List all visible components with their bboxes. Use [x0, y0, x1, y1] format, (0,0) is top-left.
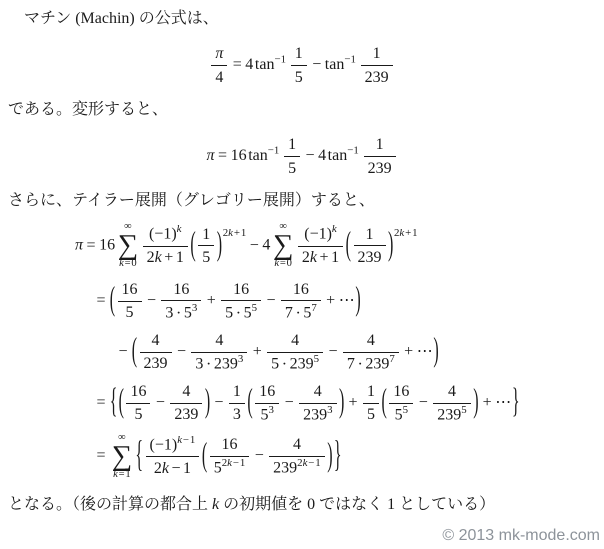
fraction: 42393: [299, 382, 336, 425]
superscript: k: [177, 223, 182, 235]
fraction: (−1)k−12k−1: [146, 435, 200, 478]
sigma-icon: ∑: [112, 443, 133, 469]
fraction: 165: [126, 382, 150, 425]
fraction: 1239: [364, 135, 396, 178]
document: マチン (Machin) の公式は、 π4=4tan−115−tan−11239…: [0, 0, 604, 517]
conclusion-text-pre: となる。（後の計算の都合上: [8, 496, 212, 513]
superscript: 2k+1: [394, 227, 418, 239]
delimiter: }: [334, 436, 342, 477]
formula-pi-transformed: π=16tan−115−4tan−11239: [207, 147, 398, 164]
superscript: 5: [314, 353, 319, 365]
fraction: 42395: [433, 382, 470, 425]
delimiter: ): [355, 282, 360, 320]
fraction: 42392k−1: [269, 435, 325, 478]
fraction: 167·57: [281, 280, 321, 323]
delimiter: ): [388, 227, 393, 265]
fraction: 43·2393: [191, 331, 247, 374]
delimiter: (: [132, 333, 137, 371]
delimiter: {: [110, 384, 118, 424]
sigma-icon: ∑: [118, 232, 139, 258]
formula-derivation-line-3: −(4239−43·2393+45·2395−47·2397+⋯): [115, 331, 604, 374]
superscript: −1: [347, 145, 359, 157]
paragraph-conclusion: となる。（後の計算の都合上 k の初期値を 0 ではなく 1 としている）: [8, 494, 604, 516]
delimiter: (: [346, 227, 351, 265]
delimiter: ): [205, 384, 210, 422]
paragraph-transform: である。変形すると、: [8, 99, 604, 121]
superscript: 2k−1: [222, 457, 246, 469]
sum-operator: ∞∑k=0: [273, 222, 294, 269]
delimiter: (: [119, 384, 124, 422]
delimiter: (: [110, 282, 115, 320]
superscript: −1: [344, 54, 356, 66]
delimiter: {: [135, 436, 143, 477]
fraction: 1652k−1: [210, 435, 250, 478]
superscript: −1: [274, 54, 286, 66]
delimiter: (: [190, 227, 195, 265]
paragraph-taylor: さらに、テイラー展開（グレゴリー展開）すると、: [8, 190, 604, 212]
superscript: 3: [238, 353, 243, 365]
superscript: k−1: [177, 434, 195, 446]
fraction: π4: [211, 44, 227, 87]
fraction: 13: [229, 382, 245, 425]
superscript: 5: [252, 302, 257, 314]
fraction: 1653: [255, 382, 279, 425]
superscript: 7: [311, 302, 316, 314]
superscript: k: [332, 223, 337, 235]
fraction: 1239: [354, 225, 386, 268]
fraction: 47·2397: [343, 331, 399, 374]
delimiter: ): [339, 384, 344, 422]
superscript: 3: [192, 302, 197, 314]
superscript: −1: [268, 145, 280, 157]
delimiter: ): [217, 227, 222, 265]
delimiter: (: [247, 384, 252, 422]
fraction: 45·2395: [267, 331, 323, 374]
fraction: 15: [291, 44, 307, 87]
superscript: 5: [403, 404, 408, 416]
fraction: 4239: [140, 331, 172, 374]
fraction: 165·55: [221, 280, 261, 323]
fraction: 4239: [170, 382, 202, 425]
delimiter: ): [327, 438, 332, 476]
delimiter: ): [433, 333, 438, 371]
fraction: 165: [118, 280, 142, 323]
paragraph-intro: マチン (Machin) の公式は、: [24, 8, 604, 30]
delimiter: }: [512, 384, 520, 424]
superscript: 2k+1: [223, 227, 247, 239]
superscript: 7: [389, 353, 394, 365]
superscript: 5: [461, 404, 466, 416]
fraction: 163·53: [161, 280, 201, 323]
conclusion-text-post: の初期値を 0 ではなく 1 としている）: [219, 496, 495, 513]
formula-derivation-line-4: ={(165−4239)−13(1653−42393)+15(1655−4239…: [93, 382, 604, 425]
superscript: 3: [327, 404, 332, 416]
delimiter: ): [473, 384, 478, 422]
superscript: 2k−1: [297, 457, 321, 469]
fraction: (−1)k2k+1: [298, 224, 343, 267]
sum-operator: ∞∑k=1: [112, 433, 133, 480]
fraction: 15: [284, 135, 300, 178]
fraction: 15: [198, 225, 214, 268]
fraction: 1655: [389, 382, 413, 425]
fraction: (−1)k2k+1: [143, 224, 188, 267]
delimiter: (: [382, 384, 387, 422]
formula-derivation-line-2: =(165−163·53+165·55−167·57+⋯): [93, 280, 604, 323]
formula-derivation-line-5: =∞∑k=1{(−1)k−12k−1(1652k−1−42392k−1)}: [93, 433, 604, 480]
fraction: 15: [363, 382, 379, 425]
sum-operator: ∞∑k=0: [118, 222, 139, 269]
formula-derivation-line-1: π=16∞∑k=0(−1)k2k+1(15)2k+1−4∞∑k=0(−1)k2k…: [75, 222, 604, 269]
formula-pi-transformed-wrapper: π=16tan−115−4tan−11239: [0, 135, 604, 178]
fraction: 1239: [361, 44, 393, 87]
superscript: 3: [268, 404, 273, 416]
sigma-icon: ∑: [273, 232, 294, 258]
formula-machin-wrapper: π4=4tan−115−tan−11239: [0, 44, 604, 87]
delimiter: (: [202, 438, 207, 476]
derivation-block: π=16∞∑k=0(−1)k2k+1(15)2k+1−4∞∑k=0(−1)k2k…: [75, 222, 604, 480]
formula-machin: π4=4tan−115−tan−11239: [209, 56, 394, 73]
watermark: © 2013 mk-mode.com: [442, 527, 600, 545]
